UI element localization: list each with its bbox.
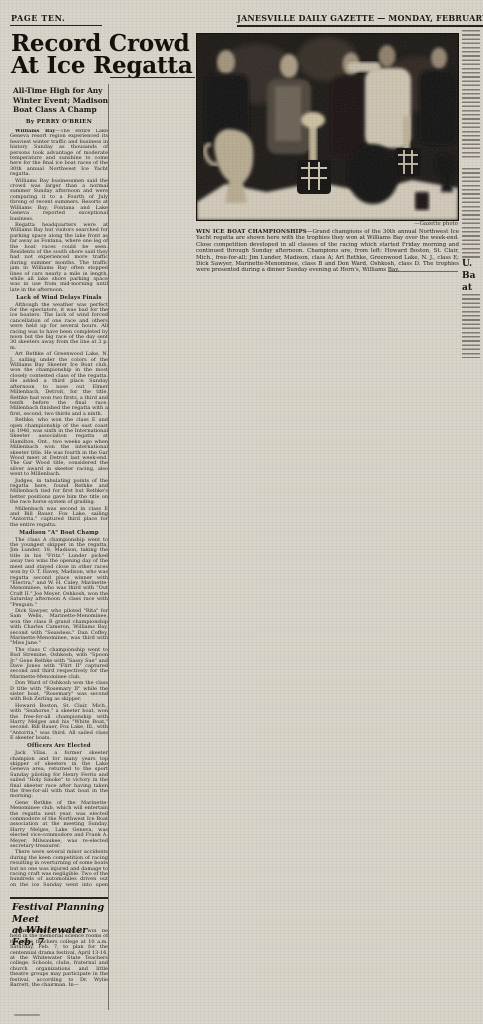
paragraph: Howard Boston, St. Clair, Mich., with "S… — [10, 704, 108, 742]
byline: By PERRY O'BRIEN — [10, 119, 108, 125]
page-number-label: PAGE TEN. — [11, 13, 65, 23]
festival-body: Whitewater—A meeting will be held in the… — [10, 929, 108, 1011]
headline-side-rule — [110, 77, 195, 78]
paragraph: Although the weather was perfect for the… — [10, 303, 108, 352]
column-vertical-rule — [108, 84, 109, 1010]
masthead-title-date: JANESVILLE DAILY GAZETTE — MONDAY, FEBRU… — [237, 13, 483, 23]
paragraph: Art Rethke of Greenwood Lake, N. J., sai… — [10, 352, 108, 417]
paragraph: Gene Rethke of the Marinette-Menominee c… — [10, 801, 108, 850]
paragraph: Williams Bay—The entire Lake Geneva reso… — [10, 129, 108, 178]
paragraph: Don Ward of Oshkosh won the class D titl… — [10, 681, 108, 703]
caption-lead-in: WIN ICE BOAT CHAMPIONSHIPS — [196, 229, 307, 235]
photo-caption: WIN ICE BOAT CHAMPIONSHIPS—Grand champio… — [196, 229, 459, 274]
deck-subhead: All-Time High for Any Winter Event; Madi… — [13, 86, 109, 115]
photo-illustration — [197, 34, 458, 220]
paragraph: The class C championship went to Bud Str… — [10, 648, 108, 680]
champions-photo — [196, 33, 459, 221]
clipped-text-fragments — [462, 294, 480, 358]
clipped-right-column: U. Ba at — [462, 30, 483, 380]
headline-line-2: At Ice Regatta — [11, 55, 197, 77]
festival-top-rule — [10, 897, 108, 899]
print-smudge — [14, 1014, 40, 1016]
paragraph: The class A championship went to the you… — [10, 538, 108, 608]
paragraph: Dick Sawyer, who piloted "Rita" for Sam … — [10, 609, 108, 647]
paragraph: Millenbach was second in class E and Bil… — [10, 507, 108, 529]
crosshead-madison-champ: Madison "A" Boat Champ — [10, 531, 108, 536]
festival-heading-line-1: Festival Planning Meet — [12, 902, 108, 925]
clipped-heading-fragment: U. Ba at — [462, 258, 483, 294]
crosshead-officers-elected: Officers Are Elected — [10, 744, 108, 749]
masthead-rule-left — [10, 25, 102, 26]
newspaper-page: PAGE TEN. JANESVILLE DAILY GAZETTE — MON… — [0, 0, 483, 1024]
paragraph: Williams Bay businessmen said the crowd … — [10, 179, 108, 222]
paragraph: Regatta headquarters were at Williams Ba… — [10, 223, 108, 293]
caption-bottom-rule — [388, 271, 458, 272]
masthead-rule-right — [237, 25, 483, 27]
headline: Record Crowd At Ice Regatta — [11, 33, 197, 77]
paragraph: Jack Vilas, a former skeeter champion an… — [10, 751, 108, 800]
clipped-text-fragments — [462, 168, 480, 258]
article-body: Williams Bay—The entire Lake Geneva reso… — [10, 129, 108, 887]
paragraph: Rethke, who won the class E and open cha… — [10, 418, 108, 477]
crosshead-wind-delays: Lack of Wind Delays Finals — [10, 296, 108, 301]
paragraph: Judges, in tabulating points of the rega… — [10, 479, 108, 506]
photo-credit: —Gazette photo — [196, 221, 458, 227]
paragraph: Whitewater—A meeting will be held in the… — [10, 929, 108, 988]
clipped-text-fragments — [462, 30, 480, 158]
paragraph: There were several minor accidents durin… — [10, 850, 108, 887]
